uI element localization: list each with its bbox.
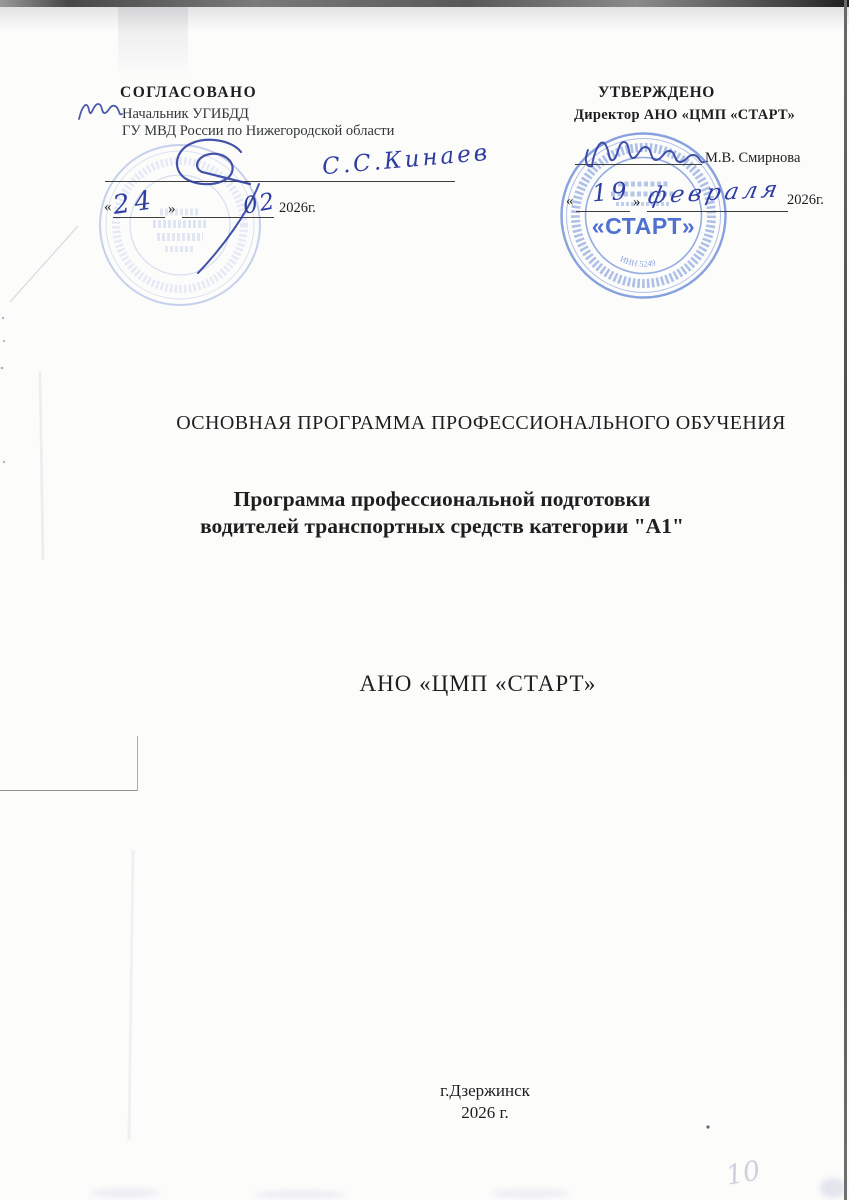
document-title: ОСНОВНАЯ ПРОГРАММА ПРОФЕССИОНАЛЬНОГО ОБУ… [113,412,849,435]
scan-top-edge [0,0,849,7]
margin-scribble [79,104,122,119]
program-subtitle-line2: водителей транспортных средств категории… [35,513,849,540]
approved-signature-line [575,164,702,165]
approved-date-month-line [647,211,788,212]
approved-date-month-handwritten: февраля [646,177,784,210]
scan-right-edge [844,0,847,1200]
stamp-center-text: «СТАРТ» [592,213,695,239]
approved-role-line1: Директор АНО «ЦМП «СТАРТ» [574,107,795,124]
svg-text:ИНН 5249: ИНН 5249 [619,254,657,269]
scan-smudge [820,1178,846,1198]
underlying-page-edge-vertical [137,736,138,791]
underlying-page-edge-horizontal [0,790,138,791]
footer-year: 2026 г. [121,1102,849,1124]
agreed-role-line1: Начальник УГИБДД [122,106,249,123]
program-subtitle: Программа профессиональной подготовки во… [35,486,849,540]
approved-heading: УТВЕРЖДЕНО [598,84,715,102]
agreed-date-month-line [182,217,274,218]
footer-block: г.Дзержинск 2026 г. [121,1080,849,1124]
approved-date-day-handwritten: 19 [591,177,631,208]
scan-smudge [255,1190,345,1199]
scan-smudge [490,1189,570,1198]
agreed-date-day-handwritten: 24 [111,185,158,221]
agreed-date-year: 2026г. [279,200,316,217]
scan-smudge [90,1188,160,1198]
approved-signature-scrawl [586,142,704,166]
stamp-inn-text: ИНН 5249 [619,254,657,269]
footer-city: г.Дзержинск [121,1080,849,1102]
program-subtitle-line1: Программа профессиональной подготовки [35,486,849,513]
agreed-signature-line [105,181,455,182]
approved-signature-name: М.В. Смирнова [705,150,800,167]
approved-date-day-line [576,211,630,212]
scan-top-streak [118,7,188,77]
corner-pencil-mark: 10 [724,1155,763,1191]
agreed-date-month-handwritten: 02 [241,188,278,219]
agreed-heading: СОГЛАСОВАНО [120,84,257,102]
agreed-signature-flourish [177,140,250,184]
agreed-role-line2: ГУ МВД России по Нижегородской области [122,123,394,140]
agreed-date-close-quote: » [168,201,176,218]
agreed-signature-name: С.С.Кинаев [321,140,491,181]
approved-date-open-quote: « [566,193,574,210]
organization-name: АНО «ЦМП «СТАРТ» [107,671,849,697]
approved-date-year: 2026г. [787,192,824,209]
scanned-document-page: «СТАРТ» ИНН 5249 СОГЛАСОВАНО Начальник У… [0,0,849,1200]
gibdd-round-stamp [95,140,265,310]
agreed-date-open-quote: « [104,199,112,216]
approved-date-close-quote: » [633,194,641,211]
